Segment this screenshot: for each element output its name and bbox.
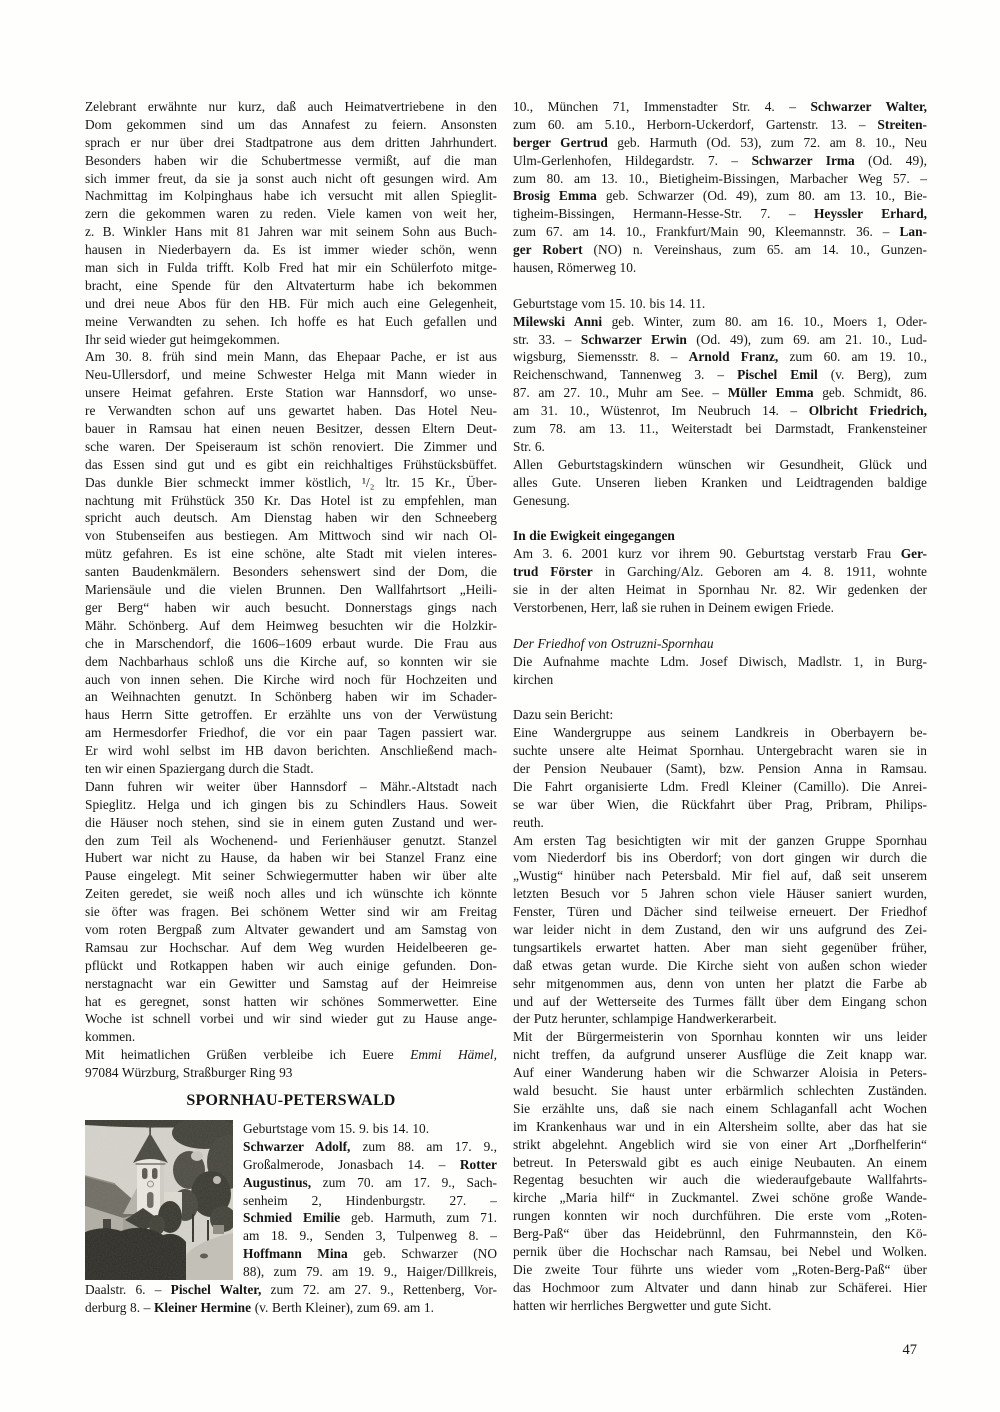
church-village-photo [85,1120,233,1280]
text-line: senheim 2, Hindenburgstr. 27. – [243,1192,497,1210]
text-line: Schwarzer Adolf, zum 88. am 17. 9., [243,1138,497,1156]
text-line: der Pension Neubauer (Samt), bzw. Pensio… [513,760,927,778]
text-line: Regentag besuchten wir auch die wiederau… [513,1171,927,1189]
text-line: auch von innen sehen. Die Kirche wird no… [85,671,497,689]
text-line: Am ersten Tag besichtigten wir mit der g… [513,832,927,850]
text-line: strikt abgelehnt. Angeblich wird sie von… [513,1136,927,1154]
text-line: dem Nachbarhaus schloß uns die Kirche au… [85,653,497,671]
text-line: alles Gute. Unseren lieben Kranken und L… [513,474,927,492]
text-line: Die Fahrt organisierte Ldm. Fredl Kleine… [513,778,927,796]
text-line: wigsburg, Siemensstr. 8. – Arnold Franz,… [513,348,927,366]
text-line: Daalstr. 6. – Pischel Walter, zum 72. am… [85,1281,497,1299]
text-line: Mit heimatlichen Grüßen verbleibe ich Eu… [85,1046,497,1064]
text-line: Auf einer Wanderung haben wir die Schwar… [513,1064,927,1082]
text-line: Zeiten geredet, sie weiß noch alles und … [85,885,497,903]
text-line: nachtung mit Frühstück 350 Kr. Das Hotel… [85,492,497,510]
text-line: wald besucht. Sie haust unter erbärmlich… [513,1082,927,1100]
text-line: Geburtstage vom 15. 10. bis 14. 11. [513,295,927,313]
text-line: unsere Heimat gefahren. Erste Station wa… [85,384,497,402]
text-line: Großalmerode, Jonasbach 14. – Rotter [243,1156,497,1174]
text-line: meine Verwandten zu sehen. Ich hoffe es … [85,313,497,331]
text-line: daß etwas getan wurde. Die Kirche sieht … [513,957,927,975]
text-line: bauer in Ramsau hat einen neuen Besitzer… [85,420,497,438]
text-line: Das dunkle Bier schmeckt immer köstlich,… [85,474,497,492]
text-line: spricht auch deutsch. Am Dienstag haben … [85,509,497,527]
text-line: Am 3. 6. 2001 kurz vor ihrem 90. Geburts… [513,545,927,563]
text-line: Er wird wohl selbst im HB davon berichte… [85,742,497,760]
text-line: se war über Wien, die Rückfahrt über Pra… [513,796,927,814]
text-line: vom Niederdorf bis ins Oberdorf; von dor… [513,849,927,867]
text-line: berger Gertrud geb. Harmuth (Od. 53), zu… [513,134,927,152]
text-line: an Weihnachten genutzt. In Schönberg hab… [85,688,497,706]
text-line: pernik über die Hochschar nach Ramsau, b… [513,1243,927,1261]
text-line: santen Baudenkmälern. Besonders sehenswe… [85,563,497,581]
text-line: Sie erzählte uns, daß sie nach einem Sch… [513,1100,927,1118]
text-line: zum 67. am 14. 10., Frankfurt/Main 90, K… [513,223,927,241]
text-line: am Hermesdorfer Friedhof, die vor ein pa… [85,724,497,742]
text-line: von Stubenseifen aus bestiegen. Am Mittw… [85,527,497,545]
text-line: str. 33. – Schwarzer Erwin (Od. 49), zum… [513,331,927,349]
text-line: In die Ewigkeit eingegangen [513,527,927,545]
right-column-text: 10., München 71, Immenstadter Str. 4. – … [513,98,927,1315]
text-line: Fenster, Türen und Dächer sind teilweise… [513,903,927,921]
text-line: Die zweite Tour führte uns wieder vom „R… [513,1261,927,1279]
text-line: tigheim-Bissingen, Hermann-Hesse-Str. 7.… [513,205,927,223]
text-line: zum 80. am 13. 10., Bietigheim-Bissingen… [513,170,927,188]
text-line: sie in der alten Heimat in Spornhau Nr. … [513,581,927,599]
text-line: derburg 8. – Kleiner Hermine (v. Berth K… [85,1299,497,1317]
text-line: Augustinus, zum 70. am 17. 9., Sach- [243,1174,497,1192]
text-line: Verstorbenen, Herr, laß sie ruhen in Dei… [513,599,927,617]
text-line: ger Berg“ haben wir auch besucht. Donner… [85,599,497,617]
text-line: Allen Geburtstagskindern wünschen wir Ge… [513,456,927,474]
text-line: das Hochmoor zum Altvater und dann hinab… [513,1279,927,1297]
page-number: 47 [513,1342,917,1358]
text-line: Ulm-Gerlenhofen, Hildegardstr. 7. – Schw… [513,152,927,170]
text-line: ten wir einen Spaziergang durch die Stad… [85,760,497,778]
text-line: letzten Besuch vor 5 Jahren schon viele … [513,885,927,903]
text-line: Hubert war nicht zu Hause, da haben wir … [85,849,497,867]
text-line: Am 30. 8. früh sind mein Mann, das Ehepa… [85,348,497,366]
text-line: pflückt und Rotkappen haben wir auch ein… [85,957,497,975]
text-line: mütz gefahren. Es ist eine schöne, alte … [85,545,497,563]
text-line: zum 60. am 5.10., Herborn-Uckerdorf, Gar… [513,116,927,134]
text-line: Dann fuhren wir weiter über Hannsdorf – … [85,778,497,796]
text-line: bracht, eine Spende für den Altvaterturm… [85,277,497,295]
text-line: Hoffmann Mina geb. Schwarzer (NO [243,1245,497,1263]
text-line: Der Friedhof von Ostruzni-Spornhau [513,635,927,653]
text-line: und drei neue Abos für den HB. Für mich … [85,295,497,313]
text-line: 10., München 71, Immenstadter Str. 4. – … [513,98,927,116]
text-line: suchte unsere alte Heimat Spornhau. Unte… [513,742,927,760]
text-line: Neu-Ullersdorf, und meine Schwester Helg… [85,366,497,384]
text-line: kirche „Maria hilf“ in Zuckmantel. Zwei … [513,1189,927,1207]
text-line: Genesung. [513,492,927,510]
text-line: hausen, Römerweg 10. [513,259,927,277]
text-line: am 31. 10., Wüstenrot, Im Neubruch 14. –… [513,402,927,420]
text-line: zern die gekommen waren zu reden. Viele … [85,205,497,223]
text-line: sprach er nur über drei Stadtpatrone aus… [85,134,497,152]
section-heading-spornhau-peterswald: SPORNHAU-PETERSWALD [85,1090,497,1112]
text-line: kirchen [513,671,927,689]
text-line: Dazu sein Bericht: [513,706,927,724]
text-line: die Häuser noch stehen, sind sie in eine… [85,814,497,832]
text-line: hatten wir herrliches Bergwetter und gut… [513,1297,927,1315]
text-line: war leider nicht in dem Zustand, den wir… [513,921,927,939]
text-line: Brosig Emma geb. Schwarzer (Od. 49), zum… [513,187,927,205]
text-line: Mit der Bürgermeisterin von Spornhau kon… [513,1028,927,1046]
text-line: reuth. [513,814,927,832]
text-line: Ihr seid wieder gut heimgekommen. [85,331,497,349]
text-line: ger Robert (NO) n. Vereinshaus, zum 65. … [513,241,927,259]
text-line: Schmied Emilie geb. Harmuth, zum 71. [243,1209,497,1227]
text-line: sich immer freut, da sie ja sonst auch n… [85,170,497,188]
text-line: Mähr. Schönberg. Auf dem Heimweg besucht… [85,617,497,635]
text-line: und auf der Wetterseite des Turmes fällt… [513,993,927,1011]
text-line: Zelebrant erwähnte nur kurz, daß auch He… [85,98,497,116]
text-line: tungsartikels erwartet hatten. Aber man … [513,939,927,957]
text-line: den zum Teil als Wochenend- und Ferienhä… [85,832,497,850]
text-line: kommen. [85,1028,497,1046]
text-line: Die Aufnahme machte Ldm. Josef Diwisch, … [513,653,927,671]
text-line: rungen konnten wir noch durchführen. Die… [513,1207,927,1225]
text-line: sche waren. Der Speiseraum ist schön ren… [85,438,497,456]
text-line: der Putz herunter, schlampige Handwerker… [513,1010,927,1028]
text-line: das Essen sind gut und es gibt ein reich… [85,456,497,474]
text-line: 88), zum 79. am 19. 9., Haiger/Dillkreis… [243,1263,497,1281]
text-line: man sich in Fulda trifft. Kolb Fred hat … [85,259,497,277]
text-line: „Wustig“ hinüber nach Petersbald. Mir fi… [513,867,927,885]
text-line: Nachmittag im Kolpinghaus habe ich versu… [85,187,497,205]
text-line: vom roten Bergpaß zum Altvater gewandert… [85,921,497,939]
text-line: haus Herrn Sitte getroffen. Er erzählte … [85,706,497,724]
text-line: Eine Wandergruppe aus seinem Landkreis i… [513,724,927,742]
text-line: Mariensäule und die vielen Brunnen. Den … [85,581,497,599]
text-line: Spieglitz. Helga und ich gingen bis zu S… [85,796,497,814]
text-line: nicht treffen, da aufgrund unserer Ausfl… [513,1046,927,1064]
text-line: re Verwandten schon auf uns gewartet hab… [85,402,497,420]
text-line: nerstagnacht war ein Gewitter und Samsta… [85,975,497,993]
text-line: z. B. Winkler Hans mit 81 Jahren war mit… [85,223,497,241]
left-column-text: Zelebrant erwähnte nur kurz, daß auch He… [85,98,497,1082]
text-line: Pause eingelegt. Mit seiner Schwiegermut… [85,867,497,885]
text-line: am 18. 9., Senden 3, Tulpenweg 8. – [243,1227,497,1245]
text-line: zum 78. am 13. 11., Weiterstadt bei Darm… [513,420,927,438]
text-line: sehr mitgenommen aus, denn von unten her… [513,975,927,993]
text-line: Ramsau zur Hochschar. Auf dem Weg wurden… [85,939,497,957]
text-line: Woche ist schnell vorbei und wir sind wi… [85,1010,497,1028]
text-line: hausen in Niederbayern da. Es ist immer … [85,241,497,259]
text-line: 97084 Würzburg, Straßburger Ring 93 [85,1064,497,1082]
text-line: sie öfter was fragen. Bei schönem Wetter… [85,903,497,921]
text-line: im Krankenhaus war und in ein Altersheim… [513,1118,927,1136]
text-line: che in Marschendorf, die 1606–1609 erbau… [85,635,497,653]
text-line: Reichenschwand, Tannenweg 3. – Pischel E… [513,366,927,384]
text-line: Geburtstage vom 15. 9. bis 14. 10. [243,1120,497,1138]
photo-and-wrap-text: Geburtstage vom 15. 9. bis 14. 10.Schwar… [85,1120,497,1317]
text-line: trud Förster in Garching/Alz. Geboren am… [513,563,927,581]
text-line: Milewski Anni geb. Winter, zum 80. am 16… [513,313,927,331]
text-line: hat es geregnet, sonst hatten wir schöne… [85,993,497,1011]
left-column: Zelebrant erwähnte nur kurz, daß auch He… [85,98,497,1317]
magazine-page: Zelebrant erwähnte nur kurz, daß auch He… [0,0,1000,1412]
text-line: Berg-Paß“ über das Heidebrünnl, den Fuhr… [513,1225,927,1243]
text-line: Str. 6. [513,438,927,456]
text-line: Besonders haben wir die Schubertmesse ve… [85,152,497,170]
right-column: 10., München 71, Immenstadter Str. 4. – … [513,98,927,1315]
text-line: Dom gekommen sind um das Annafest zu fei… [85,116,497,134]
text-line: betreut. In Peterswald gibt es auch eini… [513,1154,927,1172]
text-line: 87. am 27. 10., Muhr am See. – Müller Em… [513,384,927,402]
